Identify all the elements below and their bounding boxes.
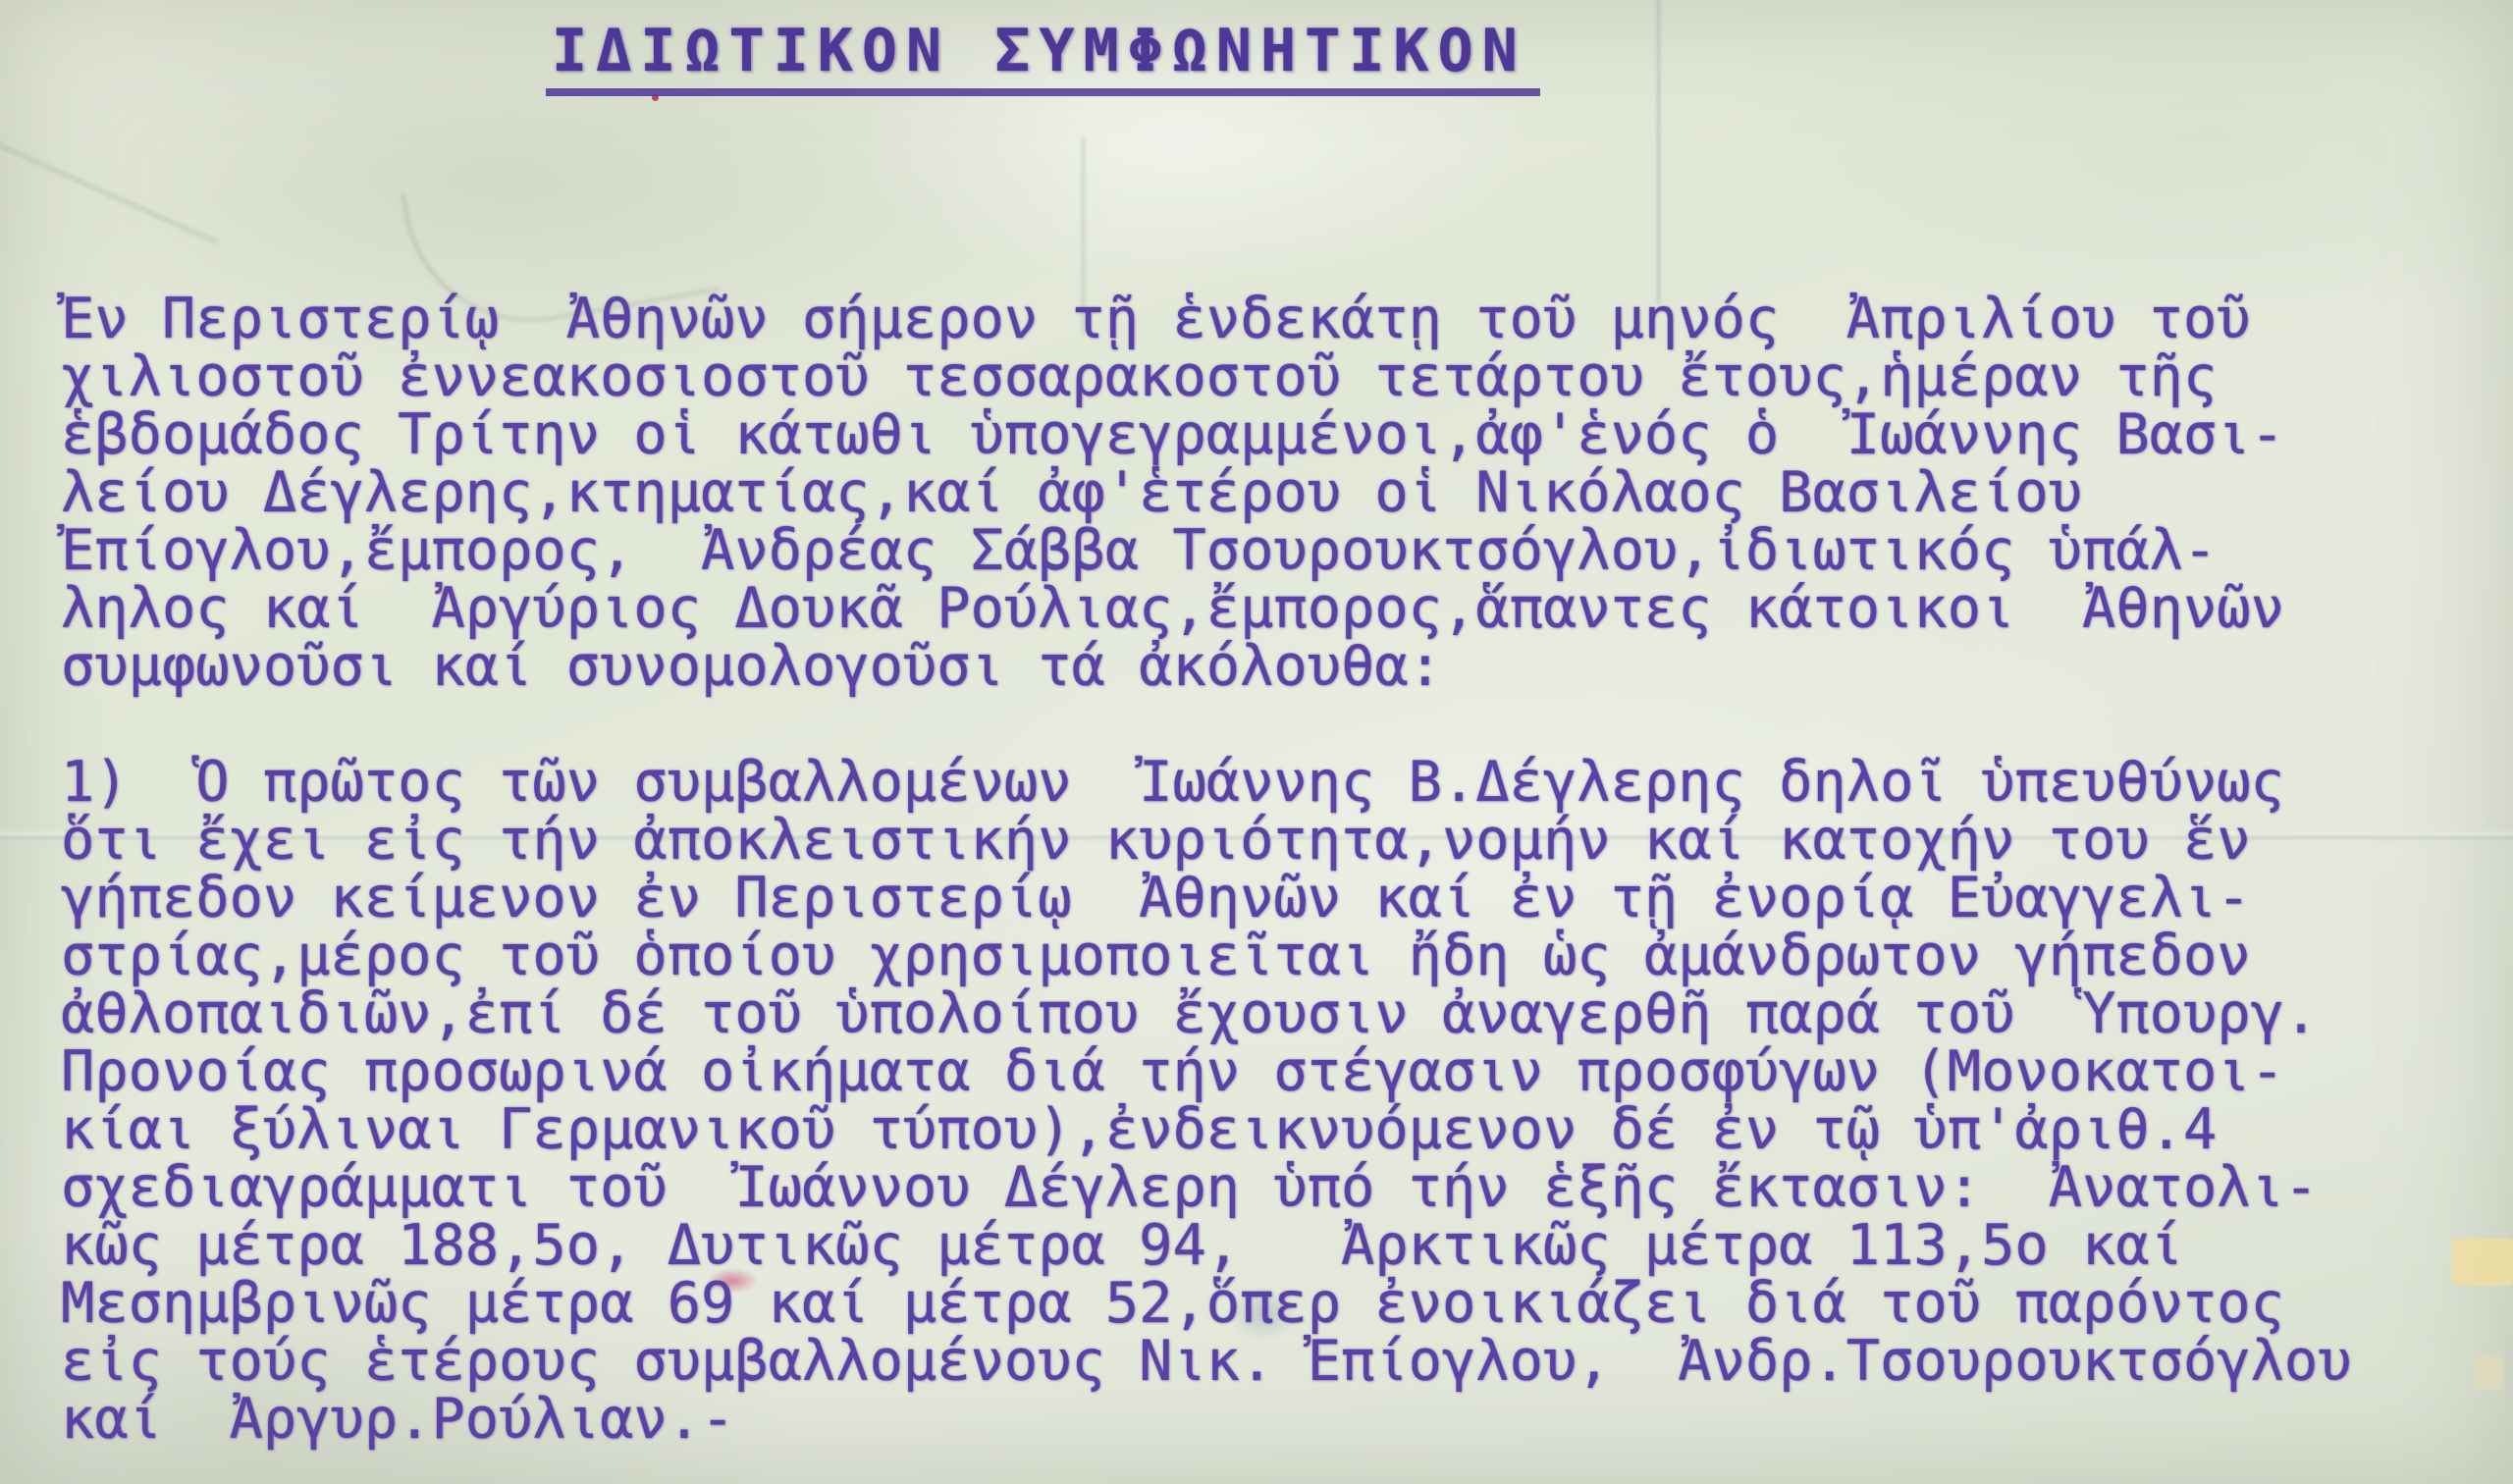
text-line: ληλος καί Ἀργύριος Δουκᾶ Ρούλιας,ἔμπορος… [61,580,2513,638]
text-line: κῶς μέτρα 188,5ο, Δυτικῶς μέτρα 94, Ἀρκτ… [61,1217,2513,1275]
vertical-fold-crease-right [1657,0,1660,304]
text-line: Ἐν Περιστερίῳ Ἀθηνῶν σήμερον τῇ ἑνδεκάτῃ… [61,291,2513,348]
text-line: ἀθλοπαιδιῶν,ἐπί δέ τοῦ ὑπολοίπου ἔχουσιν… [61,985,2513,1043]
paragraph-clause-1: 1) Ὁ πρῶτος τῶν συμβαλλομένων Ἰωάννης Β.… [61,754,2513,1449]
text-line: λείου Δέγλερης,κτηματίας,καί ἀφ'ἑτέρου ο… [61,464,2513,522]
text-line: χιλιοστοῦ ἐννεακοσιοστοῦ τεσσαρακοστοῦ τ… [61,348,2513,406]
text-line: ὅτι ἔχει εἰς τήν ἀποκλειστικήν κυριότητα… [61,812,2513,870]
text-line: γήπεδον κείμενον ἐν Περιστερίῳ Ἀθηνῶν κα… [61,870,2513,927]
text-line: Προνοίας προσωρινά οἰκήματα διά τήν στέγ… [61,1043,2513,1101]
text-line: στρίας,μέρος τοῦ ὁποίου χρησιμοποιεῖται … [61,927,2513,985]
text-line: καί Ἀργυρ.Ρούλιαν.- [61,1391,2513,1449]
text-line: συμφωνοῦσι καί συνομολογοῦσι τά ἀκόλουθα… [61,638,2513,696]
text-line: ἑβδομάδος Τρίτην οἱ κάτωθι ὑπογεγραμμένο… [61,406,2513,464]
document-title: ΙΔΙΩΤΙΚΟΝ ΣΥΜΦΩΝΗΤΙΚΟΝ [546,20,1540,96]
paragraph-preamble: Ἐν Περιστερίῳ Ἀθηνῶν σήμερον τῇ ἑνδεκάτῃ… [61,291,2513,696]
text-line: κίαι ξύλιναι Γερμανικοῦ τύπου),ἐνδεικνυό… [61,1101,2513,1159]
text-line: 1) Ὁ πρῶτος τῶν συμβαλλομένων Ἰωάννης Β.… [61,754,2513,812]
text-line: εἰς τούς ἑτέρους συμβαλλομένους Νικ. Ἐπί… [61,1333,2513,1391]
scanned-document-page: ΙΔΙΩΤΙΚΟΝ ΣΥΜΦΩΝΗΤΙΚΟΝ Ἐν Περιστερίῳ Ἀθη… [0,0,2513,1484]
text-line: σχεδιαγράμματι τοῦ Ἰωάννου Δέγλερη ὑπό τ… [61,1159,2513,1217]
text-line: Ἐπίογλου,ἔμπορος, Ἀνδρέας Σάββα Τσουρουκ… [61,522,2513,580]
text-line: Μεσημβρινῶς μέτρα 69 καί μέτρα 52,ὅπερ ἐ… [61,1275,2513,1333]
corner-crease [0,0,306,243]
